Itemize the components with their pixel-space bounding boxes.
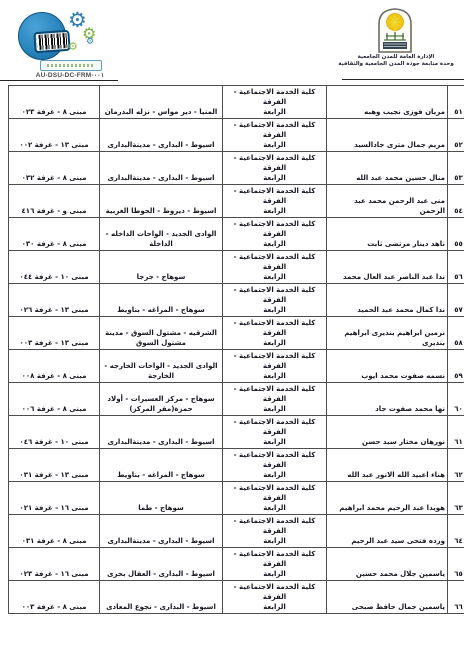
row-number: ٥٨: [454, 339, 463, 347]
address-cell: سوهاج - المراغه - بناويط: [100, 449, 223, 482]
faculty-line1: كلية الخدمة الاجتماعية - الفرقة: [225, 450, 324, 470]
faculty-cell: كلية الخدمة الاجتماعية - الفرقةالرابعة: [223, 383, 327, 416]
row-number: ٥٣: [454, 174, 463, 182]
address-cell: اسيوط - البدارى - نجوع المعادى: [100, 581, 223, 614]
building-room: مبنى ٨ - غرفة ٠٠٣: [22, 603, 87, 611]
faculty-line1: كلية الخدمة الاجتماعية - الفرقة: [225, 549, 324, 569]
faculty-line2: الرابعة: [225, 305, 324, 315]
faculty-line2: الرابعة: [225, 338, 324, 348]
table-row: ٦٤ورده فتحى سيد عبد الرحيمكلية الخدمة ال…: [9, 515, 464, 548]
address-cell: الوادى الجديد - الواحات الخارجه - الخارج…: [100, 350, 223, 383]
faculty-cell: كلية الخدمة الاجتماعية - الفرقةالرابعة: [223, 152, 327, 185]
faculty-line1: كلية الخدمة الاجتماعية - الفرقة: [225, 318, 324, 338]
student-name-cell: ندا عبد الناصر عبد العال محمد: [327, 251, 448, 284]
faculty-line2: الرابعة: [225, 470, 324, 480]
student-name-cell: هويدا عبد الرحيم محمد ابراهيم: [327, 482, 448, 515]
row-number-cell: ٦١: [448, 416, 464, 449]
barcode-logo-icon: [18, 12, 66, 60]
building-room: مبنى ١٠ - غرفة ٠٤٤: [19, 273, 88, 281]
row-number: ٥١: [454, 108, 463, 116]
row-number-cell: ٥٢: [448, 119, 464, 152]
home-address: سوهاج - المراغه - بناويط: [117, 471, 204, 479]
faculty-cell: كلية الخدمة الاجتماعية - الفرقةالرابعة: [223, 482, 327, 515]
faculty-cell: كلية الخدمة الاجتماعية - الفرقةالرابعة: [223, 251, 327, 284]
building-room: مبنى ١٦ - غرفة ٠٢٣: [19, 570, 88, 578]
row-number: ٦٤: [454, 537, 463, 545]
faculty-line1: كلية الخدمة الاجتماعية - الفرقة: [225, 483, 324, 503]
faculty-line2: الرابعة: [225, 437, 324, 447]
student-name: منال حسين محمد عبد الله: [356, 174, 445, 182]
row-number: ٦٣: [454, 504, 463, 512]
row-number-cell: ٥٤: [448, 185, 464, 218]
gear-icon: ⚙: [86, 38, 94, 47]
row-number-cell: ٦٥: [448, 548, 464, 581]
room-cell: مبنى ١٦ - غرفة ٠٢١: [9, 482, 100, 515]
building-room: مبنى ١٣ - غرفة ٠٠٢: [19, 141, 88, 149]
building-room: مبنى ١٣ - غرفة ٠٣١: [19, 471, 88, 479]
form-code: AU-DSU-DC-FRM-٠٠١: [10, 71, 130, 79]
home-address: سوهاج - مركز العسيرات - أولاد حمزة(مقر ا…: [107, 395, 214, 413]
table-row: ٦٥ياسمين جلال محمد حسينكلية الخدمة الاجت…: [9, 548, 464, 581]
address-cell: اسيوط - البدارى - العقال بحرى: [100, 548, 223, 581]
faculty-line2: الرابعة: [225, 239, 324, 249]
table-row: ٥٤منى عبد الرحمن محمد عبد الرحمنكلية الخ…: [9, 185, 464, 218]
table-row: ٦٣هويدا عبد الرحيم محمد ابراهيمكلية الخد…: [9, 482, 464, 515]
row-number: ٥٤: [454, 207, 463, 215]
row-number-cell: ٦٦: [448, 581, 464, 614]
student-name: هناء اعبيد الله الانور عبد الله: [347, 471, 445, 479]
row-number: ٥٢: [454, 141, 463, 149]
faculty-line2: الرابعة: [225, 569, 324, 579]
faculty-line1: كلية الخدمة الاجتماعية - الفرقة: [225, 219, 324, 239]
row-number: ٦٢: [454, 471, 463, 479]
assiut-university-logo-icon: [375, 6, 415, 53]
faculty-line1: كلية الخدمة الاجتماعية - الفرقة: [225, 153, 324, 173]
student-name: نورهان مختار سيد حسن: [362, 438, 445, 446]
row-number: ٦١: [454, 438, 463, 446]
faculty-line1: كلية الخدمة الاجتماعية - الفرقة: [225, 516, 324, 536]
faculty-cell: كلية الخدمة الاجتماعية - الفرقةالرابعة: [223, 185, 327, 218]
home-address: اسيوط - البدارى - مدينةالبدارى: [107, 537, 214, 545]
faculty-cell: كلية الخدمة الاجتماعية - الفرقةالرابعة: [223, 548, 327, 581]
faculty-line1: كلية الخدمة الاجتماعية - الفرقة: [225, 417, 324, 437]
row-number: ٦٠: [454, 405, 463, 413]
student-name-cell: نرمين ابراهيم بنديرى ابراهيم بنديرى: [327, 317, 448, 350]
home-address: اسيوط - البدارى - مدينةالبدارى: [107, 141, 214, 149]
address-cell: اسيوط - البدارى - مدينةالبدارى: [100, 119, 223, 152]
table-row: ٥٣منال حسين محمد عبد اللهكلية الخدمة الا…: [9, 152, 464, 185]
faculty-line2: الرابعة: [225, 536, 324, 546]
room-cell: مبنى ١٦ - غرفة ٠٢٣: [9, 548, 100, 581]
row-number: ٥٧: [454, 306, 463, 314]
table-row: ٥٨نرمين ابراهيم بنديرى ابراهيم بنديرىكلي…: [9, 317, 464, 350]
address-cell: سوهاج - المراغه - بناويط: [100, 284, 223, 317]
home-address: الوادى الجديد - الواحات الداخله - الداخل…: [106, 230, 217, 248]
faculty-line2: الرابعة: [225, 206, 324, 216]
building-room: مبنى و - غرفة ٤١٦: [22, 207, 87, 215]
row-number: ٥٦: [454, 273, 463, 281]
row-number-cell: ٦٣: [448, 482, 464, 515]
address-cell: اسيوط - البدارى - مدينةالبدارى: [100, 515, 223, 548]
university-emblem-icon: [375, 6, 415, 53]
row-number: ٦٦: [454, 603, 463, 611]
faculty-cell: كلية الخدمة الاجتماعية - الفرقةالرابعة: [223, 416, 327, 449]
room-cell: مبنى ٨ - غرفة ٠٢٣: [9, 86, 100, 119]
row-number-cell: ٥٦: [448, 251, 464, 284]
row-number-cell: ٥١: [448, 86, 464, 119]
home-address: اسيوط - ديروط - الحوطا الغربية: [106, 207, 217, 215]
home-address: سوهاج - المراغه - بناويط: [117, 306, 204, 314]
faculty-line1: كلية الخدمة الاجتماعية - الفرقة: [225, 252, 324, 272]
student-name: هويدا عبد الرحيم محمد ابراهيم: [339, 504, 445, 512]
student-name: ناهد دينار مرتضى ثابت: [367, 240, 445, 248]
student-name-cell: ياسمين جلال محمد حسين: [327, 548, 448, 581]
faculty-line1: كلية الخدمة الاجتماعية - الفرقة: [225, 351, 324, 371]
building-room: مبنى ٨ - غرفة ٠٣١: [22, 537, 87, 545]
address-cell: سوهاج - جرجا: [100, 251, 223, 284]
table-row: ٦٠نها محمد صفوت جادكلية الخدمة الاجتماعي…: [9, 383, 464, 416]
address-cell: اسيوط - ديروط - الحوطا الغربية: [100, 185, 223, 218]
home-address: اسيوط - البدارى - نجوع المعادى: [106, 603, 216, 611]
header-divider-left: [0, 80, 118, 81]
row-number-cell: ٦٢: [448, 449, 464, 482]
row-number-cell: ٥٣: [448, 152, 464, 185]
room-cell: مبنى ٨ - غرفة ٠٣١: [9, 515, 100, 548]
faculty-line1: كلية الخدمة الاجتماعية - الفرقة: [225, 285, 324, 305]
student-name-cell: نسمه صفوت محمد ايوب: [327, 350, 448, 383]
building-room: مبنى ٨ - غرفة ٠٠٦: [22, 405, 87, 413]
home-address: المنيا - دير مواس - نزله البدرمان: [105, 108, 218, 116]
address-cell: الشرقيه - مشتول السوق - مدينة مشتول السو…: [100, 317, 223, 350]
room-cell: مبنى ١٠ - غرفة ٠٤٤: [9, 251, 100, 284]
student-name: ندا عبد الناصر عبد العال محمد: [343, 273, 445, 281]
room-cell: مبنى ١٣ - غرفة ٠٢٦: [9, 284, 100, 317]
barcode-icon: [33, 30, 70, 53]
room-cell: مبنى ٨ - غرفة ٠٠٦: [9, 383, 100, 416]
home-address: الشرقيه - مشتول السوق - مدينة مشتول السو…: [105, 329, 217, 347]
student-name-cell: نورهان مختار سيد حسن: [327, 416, 448, 449]
faculty-line2: الرابعة: [225, 140, 324, 150]
student-name: ياسمين جلال محمد حسين: [356, 570, 445, 578]
building-room: مبنى ٨ - غرفة ٠٢٣: [22, 108, 87, 116]
logo-caption-badge: [40, 60, 102, 71]
table-row: ٥٥ناهد دينار مرتضى ثابتكلية الخدمة الاجت…: [9, 218, 464, 251]
faculty-cell: كلية الخدمة الاجتماعية - الفرقةالرابعة: [223, 581, 327, 614]
quality-unit-header: ⚙ ⚙ ⚙ ⚙ AU-DSU-DC-FRM-٠٠١: [10, 8, 130, 78]
student-name-cell: منى عبد الرحمن محمد عبد الرحمن: [327, 185, 448, 218]
faculty-cell: كلية الخدمة الاجتماعية - الفرقةالرابعة: [223, 350, 327, 383]
faculty-cell: كلية الخدمة الاجتماعية - الفرقةالرابعة: [223, 449, 327, 482]
student-name-cell: ندا كمال محمد عبد الحميد: [327, 284, 448, 317]
student-name: ورده فتحى سيد عبد الرحيم: [351, 537, 445, 545]
home-address: سوهاج - جرجا: [137, 273, 186, 281]
table-row: ٥٢مريم جمال مترى جادالسيدكلية الخدمة الا…: [9, 119, 464, 152]
building-room: مبنى ٨ - غرفة ٠٣٠: [22, 240, 87, 248]
faculty-line2: الرابعة: [225, 602, 324, 612]
row-number-cell: ٥٩: [448, 350, 464, 383]
faculty-line2: الرابعة: [225, 173, 324, 183]
student-name: ندا كمال محمد عبد الحميد: [357, 306, 445, 314]
student-name-cell: هناء اعبيد الله الانور عبد الله: [327, 449, 448, 482]
table-row: ٥٩نسمه صفوت محمد ايوبكلية الخدمة الاجتما…: [9, 350, 464, 383]
admin-title-line1: الإدارة العامة للمدن الجامعية: [330, 54, 462, 61]
student-name: نرمين ابراهيم بنديرى ابراهيم بنديرى: [344, 329, 445, 347]
faculty-line2: الرابعة: [225, 272, 324, 282]
row-number-cell: ٦٤: [448, 515, 464, 548]
room-cell: مبنى ١٣ - غرفة ٠٠٣: [9, 317, 100, 350]
header-divider-right: [342, 79, 464, 80]
home-address: اسيوط - البدارى - مدينةالبدارى: [107, 438, 214, 446]
building-room: مبنى ٨ - غرفة ٠٠٨: [22, 372, 87, 380]
student-name: مريان فوزى نجيب وهبه: [364, 108, 445, 116]
university-header: الإدارة العامة للمدن الجامعية وحدة متابع…: [330, 6, 462, 80]
faculty-line2: الرابعة: [225, 503, 324, 513]
table-row: ٥٦ندا عبد الناصر عبد العال محمدكلية الخد…: [9, 251, 464, 284]
row-number-cell: ٦٠: [448, 383, 464, 416]
student-name: منى عبد الرحمن محمد عبد الرحمن: [354, 197, 445, 215]
row-number-cell: ٥٨: [448, 317, 464, 350]
faculty-line2: الرابعة: [225, 404, 324, 414]
faculty-cell: كلية الخدمة الاجتماعية - الفرقةالرابعة: [223, 317, 327, 350]
room-cell: مبنى ٨ - غرفة ٠٣٠: [9, 218, 100, 251]
address-cell: الوادى الجديد - الواحات الداخله - الداخل…: [100, 218, 223, 251]
faculty-cell: كلية الخدمة الاجتماعية - الفرقةالرابعة: [223, 284, 327, 317]
student-name-cell: نها محمد صفوت جاد: [327, 383, 448, 416]
table-row: ٦٢هناء اعبيد الله الانور عبد اللهكلية ال…: [9, 449, 464, 482]
row-number: ٦٥: [454, 570, 463, 578]
home-address: الوادى الجديد - الواحات الخارجه - الخارج…: [104, 362, 217, 380]
address-cell: اسيوط - البدارى - مدينةالبدارى: [100, 416, 223, 449]
faculty-line1: كلية الخدمة الاجتماعية - الفرقة: [225, 186, 324, 206]
faculty-line2: الرابعة: [225, 371, 324, 381]
admin-title-line2: وحدة متابعة جودة المدن الجامعية والثقافي…: [330, 61, 462, 68]
building-room: مبنى ١٠ - غرفة ٠٤٦: [19, 438, 88, 446]
room-cell: مبنى ٨ - غرفة ٠٠٨: [9, 350, 100, 383]
student-name: نسمه صفوت محمد ايوب: [361, 372, 445, 380]
building-room: مبنى ١٣ - غرفة ٠٢٦: [19, 306, 88, 314]
row-number: ٥٩: [454, 372, 463, 380]
room-cell: مبنى ١٣ - غرفة ٠٣١: [9, 449, 100, 482]
table-row: ٥٧ندا كمال محمد عبد الحميدكلية الخدمة ال…: [9, 284, 464, 317]
address-cell: سوهاج - مركز العسيرات - أولاد حمزة(مقر ا…: [100, 383, 223, 416]
room-cell: مبنى ٨ - غرفة ٠٣٢: [9, 152, 100, 185]
gear-icon: ⚙: [68, 41, 78, 52]
faculty-line1: كلية الخدمة الاجتماعية - الفرقة: [225, 384, 324, 404]
room-cell: مبنى ١٣ - غرفة ٠٠٢: [9, 119, 100, 152]
building-room: مبنى ١٦ - غرفة ٠٢١: [19, 504, 88, 512]
table-row: ٦٦ياسمين جمال حافظ صبحىكلية الخدمة الاجت…: [9, 581, 464, 614]
document-page: الإدارة العامة للمدن الجامعية وحدة متابع…: [0, 0, 464, 664]
faculty-cell: كلية الخدمة الاجتماعية - الفرقةالرابعة: [223, 86, 327, 119]
room-cell: مبنى ١٠ - غرفة ٠٤٦: [9, 416, 100, 449]
address-cell: سوهاج - طما: [100, 482, 223, 515]
address-cell: اسيوط - البدارى - مدينةالبدارى: [100, 152, 223, 185]
student-name: ياسمين جمال حافظ صبحى: [352, 603, 445, 611]
home-address: اسيوط - البدارى - مدينةالبدارى: [107, 174, 214, 182]
faculty-line2: الرابعة: [225, 107, 324, 117]
student-name: نها محمد صفوت جاد: [375, 405, 445, 413]
table-row: ٥١مريان فوزى نجيب وهبهكلية الخدمة الاجتم…: [9, 86, 464, 119]
student-name: مريم جمال مترى جادالسيد: [354, 141, 445, 149]
row-number-cell: ٥٧: [448, 284, 464, 317]
student-name-cell: ورده فتحى سيد عبد الرحيم: [327, 515, 448, 548]
building-room: مبنى ١٣ - غرفة ٠٠٣: [19, 339, 88, 347]
room-cell: مبنى ٨ - غرفة ٠٠٣: [9, 581, 100, 614]
student-housing-table: ٥١مريان فوزى نجيب وهبهكلية الخدمة الاجتم…: [8, 85, 464, 614]
faculty-cell: كلية الخدمة الاجتماعية - الفرقةالرابعة: [223, 119, 327, 152]
student-name-cell: ناهد دينار مرتضى ثابت: [327, 218, 448, 251]
student-name-cell: مريان فوزى نجيب وهبه: [327, 86, 448, 119]
home-address: سوهاج - طما: [138, 504, 184, 512]
student-name-cell: مريم جمال مترى جادالسيد: [327, 119, 448, 152]
faculty-cell: كلية الخدمة الاجتماعية - الفرقةالرابعة: [223, 218, 327, 251]
faculty-cell: كلية الخدمة الاجتماعية - الفرقةالرابعة: [223, 515, 327, 548]
room-cell: مبنى و - غرفة ٤١٦: [9, 185, 100, 218]
faculty-line1: كلية الخدمة الاجتماعية - الفرقة: [225, 87, 324, 107]
home-address: اسيوط - البدارى - العقال بحرى: [107, 570, 215, 578]
building-room: مبنى ٨ - غرفة ٠٣٢: [22, 174, 87, 182]
faculty-line1: كلية الخدمة الاجتماعية - الفرقة: [225, 582, 324, 602]
row-number-cell: ٥٥: [448, 218, 464, 251]
student-name-cell: منال حسين محمد عبد الله: [327, 152, 448, 185]
address-cell: المنيا - دير مواس - نزله البدرمان: [100, 86, 223, 119]
student-name-cell: ياسمين جمال حافظ صبحى: [327, 581, 448, 614]
row-number: ٥٥: [454, 240, 463, 248]
faculty-line1: كلية الخدمة الاجتماعية - الفرقة: [225, 120, 324, 140]
table-row: ٦١نورهان مختار سيد حسنكلية الخدمة الاجتم…: [9, 416, 464, 449]
